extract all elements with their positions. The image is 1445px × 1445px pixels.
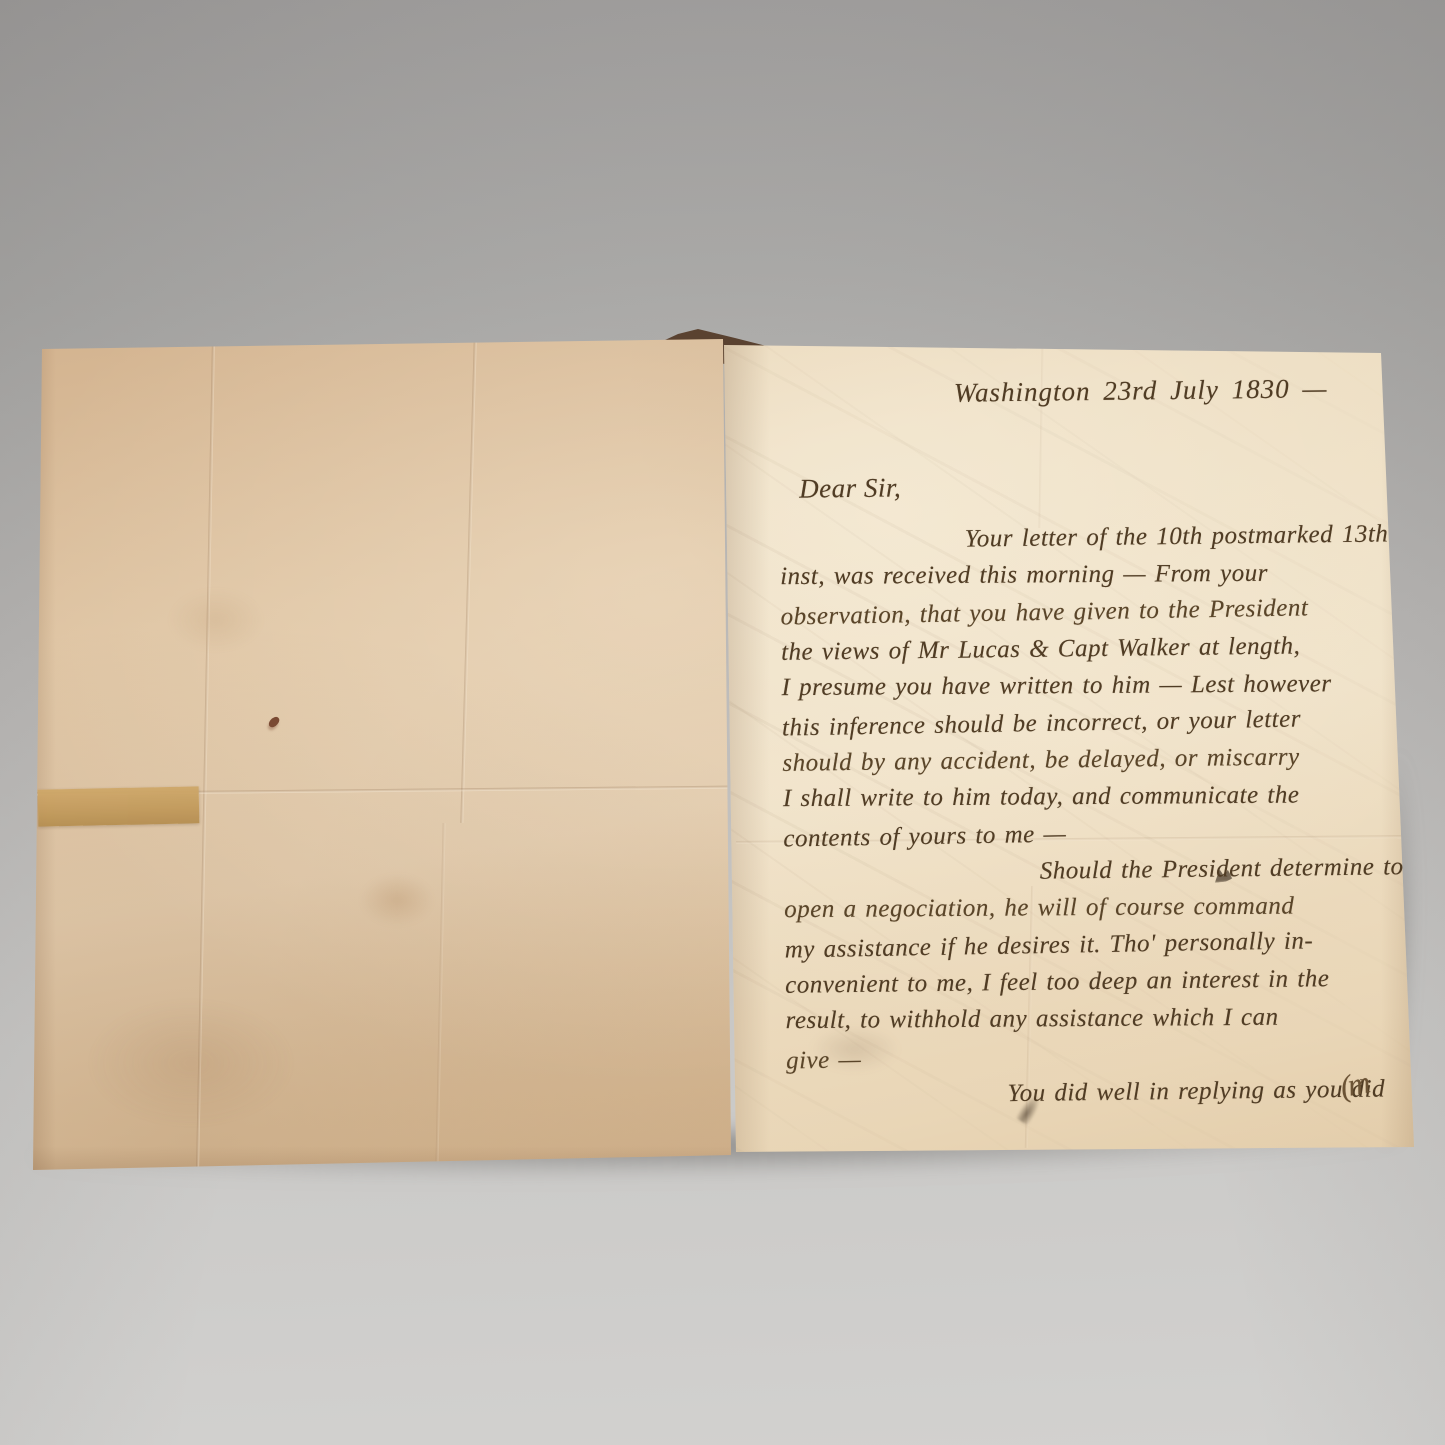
salutation: Dear Sir,	[799, 472, 901, 504]
handwritten-text: Washington 23rd July 1830 — Dear Sir, Yo…	[25, 318, 1420, 1185]
letter-body: Your letter of the 10th postmarked 13thi…	[780, 515, 1435, 1115]
letter-bifolium: Washington 23rd July 1830 — Dear Sir, Yo…	[30, 326, 1415, 1176]
handwritten-line: Your letter of the 10th postmarked 13th	[780, 515, 1428, 560]
photo-background: Washington 23rd July 1830 — Dear Sir, Yo…	[0, 0, 1445, 1445]
dateline: Washington 23rd July 1830 —	[954, 373, 1328, 409]
